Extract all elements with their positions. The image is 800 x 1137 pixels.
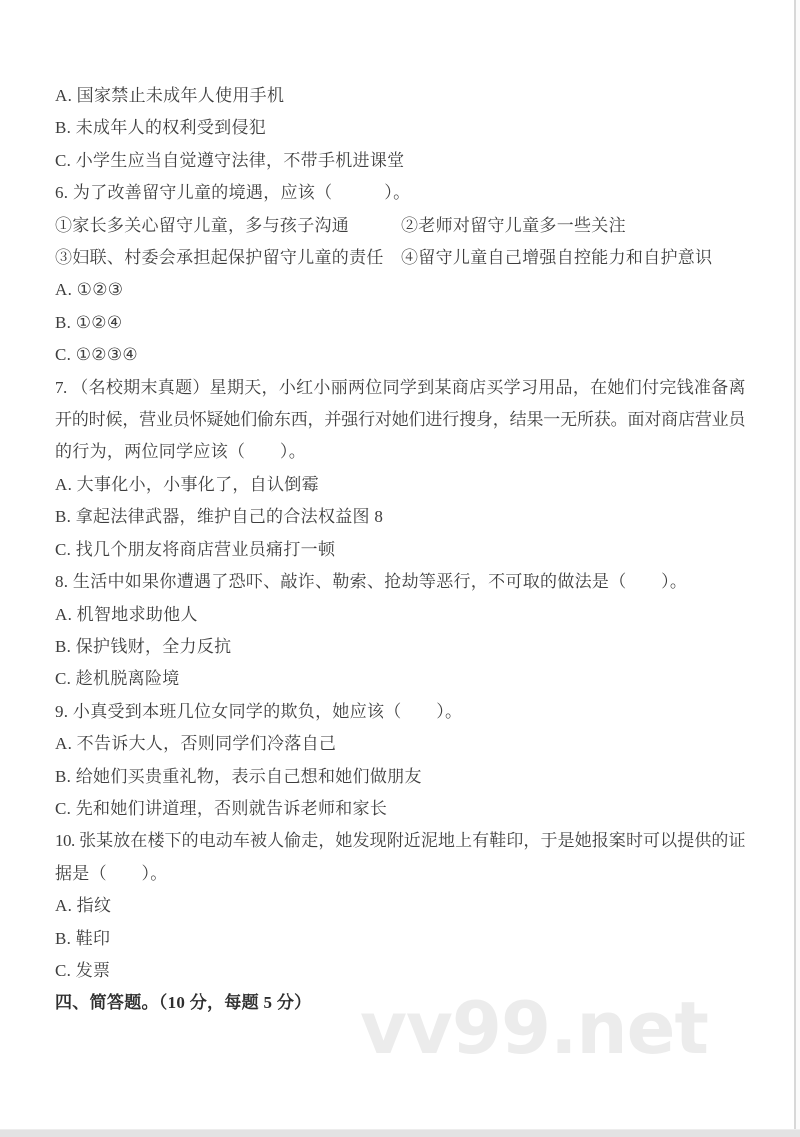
page-right-gutter [796,0,800,1137]
document-page: A. 国家禁止未成年人使用手机B. 未成年人的权利受到侵犯C. 小学生应当自觉遵… [0,0,800,1137]
text-line: B. 未成年人的权利受到侵犯 [55,112,745,144]
text-line: A. 不告诉大人，否则同学们冷落自己 [55,728,745,760]
bottom-bar [0,1129,800,1137]
text-line: C. 发票 [55,955,745,987]
question-text-block: A. 国家禁止未成年人使用手机B. 未成年人的权利受到侵犯C. 小学生应当自觉遵… [55,80,745,1020]
text-line: 7. （名校期末真题）星期天，小红小丽两位同学到某商店买学习用品，在她们付完钱准… [55,372,745,404]
text-line: 8. 生活中如果你遭遇了恐吓、敲诈、勒索、抢劫等恶行，不可取的做法是（ ）。 [55,566,745,598]
text-line: B. 给她们买贵重礼物，表示自己想和她们做朋友 [55,761,745,793]
text-line: C. 小学生应当自觉遵守法律，不带手机进课堂 [55,145,745,177]
text-line: A. 机智地求助他人 [55,599,745,631]
text-line: 6. 为了改善留守儿童的境遇，应该（ ）。 [55,177,745,209]
text-line: B. ①②④ [55,307,745,339]
text-line: 10. 张某放在楼下的电动车被人偷走，她发现附近泥地上有鞋印，于是她报案时可以提… [55,825,745,857]
text-line: 开的时候，营业员怀疑她们偷东西，并强行对她们进行搜身，结果一无所获。面对商店营业… [55,404,745,436]
text-line: C. 先和她们讲道理，否则就告诉老师和家长 [55,793,745,825]
text-line: C. 趁机脱离险境 [55,663,745,695]
text-line: C. 找几个朋友将商店营业员痛打一顿 [55,534,745,566]
text-line: 据是（ ）。 [55,858,745,890]
text-line: A. ①②③ [55,274,745,306]
text-line: 四、简答题。（10 分，每题 5 分） [55,987,745,1019]
text-line: B. 拿起法律武器，维护自己的合法权益图 8 [55,501,745,533]
text-line: ③妇联、村委会承担起保护留守儿童的责任 ④留守儿童自己增强自控能力和自护意识 [55,242,745,274]
text-line: A. 国家禁止未成年人使用手机 [55,80,745,112]
text-line: A. 大事化小，小事化了，自认倒霉 [55,469,745,501]
text-line: 9. 小真受到本班几位女同学的欺负，她应该（ ）。 [55,696,745,728]
text-line: C. ①②③④ [55,339,745,371]
text-line: B. 保护钱财，全力反抗 [55,631,745,663]
text-line: B. 鞋印 [55,923,745,955]
text-line: ①家长多关心留守儿童，多与孩子沟通 ②老师对留守儿童多一些关注 [55,210,745,242]
text-line: 的行为，两位同学应该（ ）。 [55,436,745,468]
text-line: A. 指纹 [55,890,745,922]
page-right-edge-line [794,0,796,1137]
